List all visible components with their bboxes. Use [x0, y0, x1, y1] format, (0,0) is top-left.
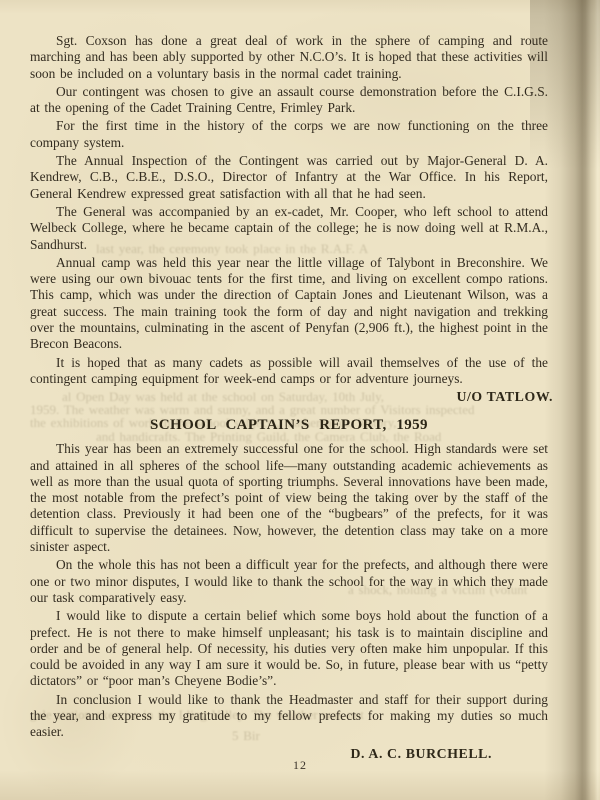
cadet-report-paragraph: Sgt. Coxson has done a great deal of wor… [30, 33, 548, 82]
page-number: 12 [0, 758, 600, 773]
cadet-report-paragraph: Our contingent was chosen to give an ass… [30, 84, 548, 117]
signature-tatlow: U/O TATLOW. [30, 389, 553, 405]
scanned-book-page: al Open Day was held at the school on Sa… [0, 0, 600, 800]
cadet-report-paragraph: The Annual Inspection of the Contingent … [30, 153, 548, 202]
cadet-report-paragraph: Annual camp was held this year near the … [30, 255, 548, 353]
captains-report-paragraph: On the whole this has not been a difficu… [30, 557, 548, 606]
page-text-column: Sgt. Coxson has done a great deal of wor… [0, 0, 600, 762]
cadet-report-paragraph: It is hoped that as many cadets as possi… [30, 355, 548, 388]
captains-report-paragraph: I would like to dispute a certain belief… [30, 608, 548, 689]
cadet-report-paragraph: For the first time in the history of the… [30, 118, 548, 151]
cadet-report-paragraph: The General was accompanied by an ex-cad… [30, 204, 548, 253]
captains-report-paragraph: This year has been an extremely successf… [30, 441, 548, 555]
captains-report-paragraph: In conclusion I would like to thank the … [30, 692, 548, 741]
report-heading: SCHOOL CAPTAIN’S REPORT, 1959 [30, 417, 548, 434]
